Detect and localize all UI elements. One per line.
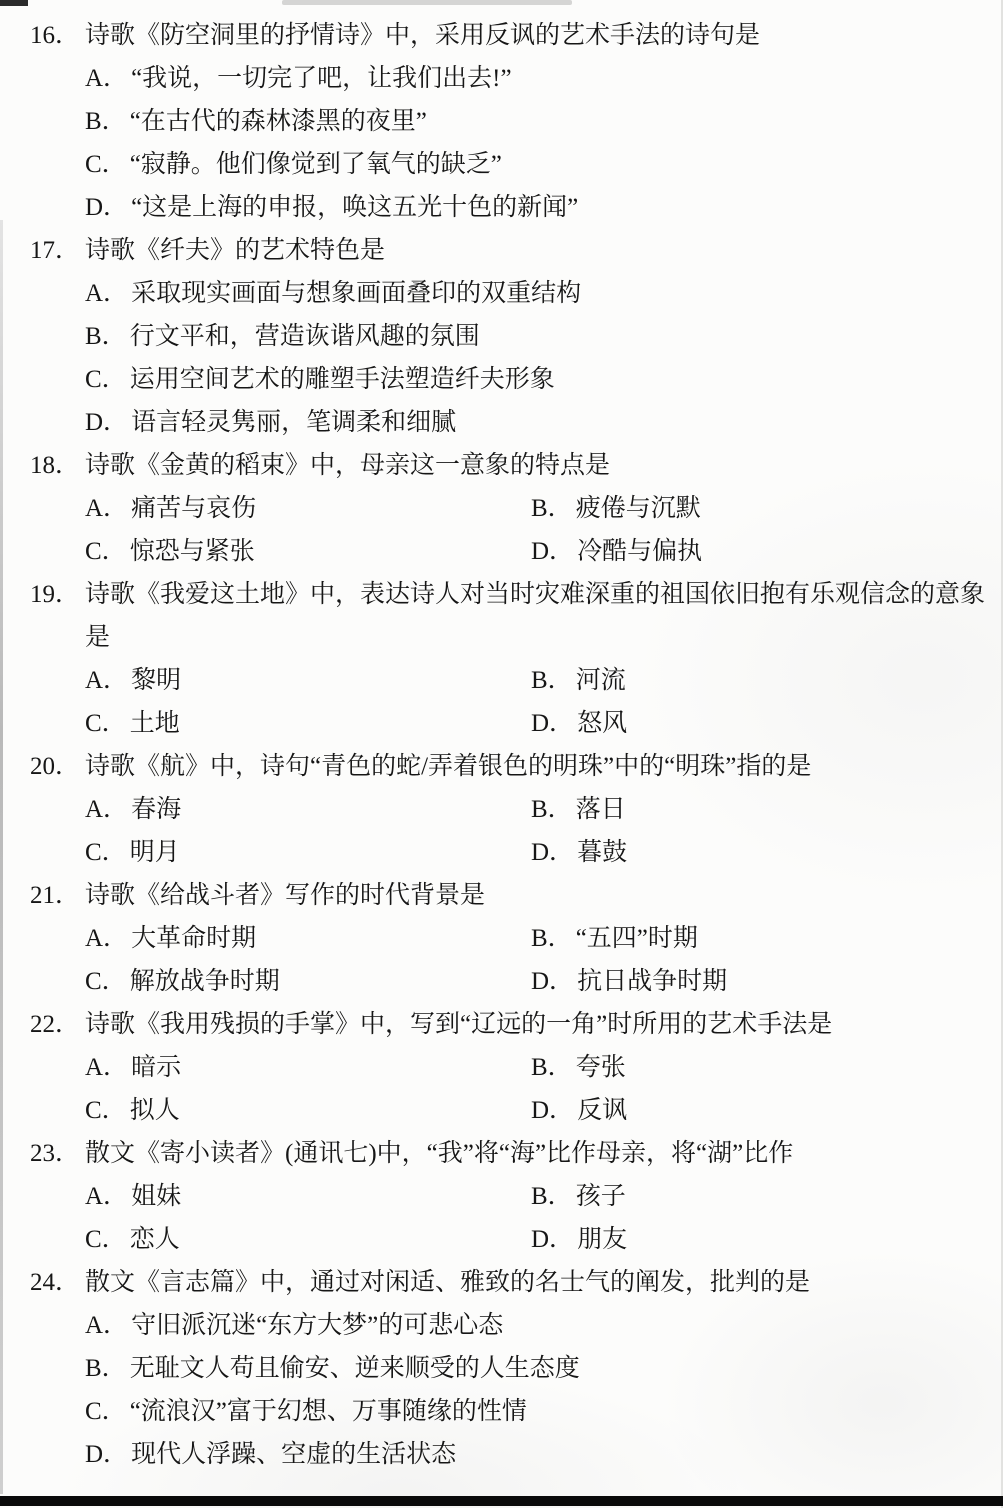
option-text: 朋友 [577,1226,627,1253]
question-23: 23． 散文《寄小读者》(通讯七)中，“我”将“海”比作母亲，将“湖”比作 A．… [30,1132,989,1261]
option-label: A． [85,925,128,952]
option-text: 运用空间艺术的雕塑手法塑造纤夫形象 [130,366,555,393]
option-label: C． [85,968,127,995]
option-d: D．冷酷与偏执 [531,530,989,573]
option-text: 疲倦与沉默 [576,495,701,522]
option-label: A． [85,796,128,823]
option-text: 反讽 [577,1097,627,1124]
option-text: 语言轻灵隽丽，笔调柔和细腻 [131,409,456,436]
options-grid: A．姐妹 B．孩子 C．恋人 D．朋友 [85,1175,989,1261]
option-label: B． [531,1183,573,1210]
question-18: 18． 诗歌《金黄的稻束》中，母亲这一意象的特点是 A．痛苦与哀伤 B．疲倦与沉… [30,444,989,573]
option-text: “五四”时期 [576,925,698,952]
option-c: C．恋人 [85,1218,531,1261]
option-d: D．现代人浮躁、空虚的生活状态 [85,1433,989,1476]
option-a: A．大革命时期 [85,917,531,960]
question-header: 18． 诗歌《金黄的稻束》中，母亲这一意象的特点是 [30,444,989,487]
option-d: D．怒风 [531,702,989,745]
option-label: C． [85,538,127,565]
option-label: B． [531,796,573,823]
option-text: “流浪汉”富于幻想、万事随缘的性情 [130,1398,527,1425]
option-text: 抗日战争时期 [577,968,727,995]
question-text: 散文《寄小读者》(通讯七)中，“我”将“海”比作母亲，将“湖”比作 [85,1132,989,1175]
option-text: 怒风 [577,710,627,737]
options-grid: A．黎明 B．河流 C．土地 D．怒风 [85,659,989,745]
option-label: D． [531,839,574,866]
question-20: 20． 诗歌《航》中，诗句“青色的蛇/弄着银色的明珠”中的“明珠”指的是 A．春… [30,745,989,874]
exam-page: 16． 诗歌《防空洞里的抒情诗》中，采用反讽的艺术手法的诗句是 A．“我说，一切… [30,14,989,1476]
option-label: A． [85,1183,128,1210]
question-19: 19． 诗歌《我爱这土地》中，表达诗人对当时灾难深重的祖国依旧抱有乐观信念的意象… [30,573,989,745]
option-text: “这是上海的申报，唤这五光十色的新闻” [131,194,578,221]
option-text: 土地 [130,710,180,737]
option-text: 大革命时期 [131,925,256,952]
option-text: 行文平和，营造诙谐风趣的氛围 [130,323,480,350]
option-b: B．“五四”时期 [531,917,989,960]
option-a: A．“我说，一切完了吧，让我们出去!” [85,57,989,100]
option-label: C． [85,1097,127,1124]
question-17: 17． 诗歌《纤夫》的艺术特色是 A．采取现实画面与想象画面叠印的双重结构 B．… [30,229,989,444]
question-number: 19． [30,573,85,659]
option-label: D． [531,710,574,737]
option-text: 暮鼓 [577,839,627,866]
option-b: B．夸张 [531,1046,989,1089]
option-a: A．春海 [85,788,531,831]
option-label: B． [531,1054,573,1081]
option-a: A．痛苦与哀伤 [85,487,531,530]
option-a: A．黎明 [85,659,531,702]
option-text: 孩子 [576,1183,626,1210]
option-c: C．解放战争时期 [85,960,531,1003]
question-header: 19． 诗歌《我爱这土地》中，表达诗人对当时灾难深重的祖国依旧抱有乐观信念的意象… [30,573,989,659]
option-label: C． [85,1226,127,1253]
option-text: “在古代的森林漆黑的夜里” [130,108,427,135]
question-24: 24． 散文《言志篇》中，通过对闲适、雅致的名士气的阐发，批判的是 A．守旧派沉… [30,1261,989,1476]
option-a: A．姐妹 [85,1175,531,1218]
option-label: D． [531,538,574,565]
option-label: A． [85,280,128,307]
option-b: B．落日 [531,788,989,831]
question-text: 诗歌《我爱这土地》中，表达诗人对当时灾难深重的祖国依旧抱有乐观信念的意象是 [85,573,989,659]
option-b: B．河流 [531,659,989,702]
question-21: 21． 诗歌《给战斗者》写作的时代背景是 A．大革命时期 B．“五四”时期 C．… [30,874,989,1003]
option-text: “我说，一切完了吧，让我们出去!” [131,65,512,92]
option-b: B．疲倦与沉默 [531,487,989,530]
question-number: 18． [30,444,85,487]
scan-top-smudge [282,0,572,5]
option-label: C． [85,151,127,178]
question-header: 21． 诗歌《给战斗者》写作的时代背景是 [30,874,989,917]
option-label: B． [85,323,127,350]
option-label: A． [85,1312,128,1339]
question-number: 21． [30,874,85,917]
question-number: 20． [30,745,85,788]
option-label: B． [85,1355,127,1382]
option-text: 明月 [130,839,180,866]
scan-corner-mark [0,0,28,6]
option-label: D． [531,968,574,995]
option-label: D． [85,194,128,221]
option-label: C． [85,710,127,737]
option-text: “寂静。他们像觉到了氧气的缺乏” [130,151,502,178]
option-c: C．土地 [85,702,531,745]
option-d: D．暮鼓 [531,831,989,874]
option-text: 黎明 [131,667,181,694]
option-label: D． [531,1226,574,1253]
option-text: 惊恐与紧张 [130,538,255,565]
options-grid: A．暗示 B．夸张 C．拟人 D．反讽 [85,1046,989,1132]
option-label: C． [85,1398,127,1425]
option-label: A． [85,495,128,522]
option-a: A．守旧派沉迷“东方大梦”的可悲心态 [85,1304,989,1347]
question-text: 散文《言志篇》中，通过对闲适、雅致的名士气的阐发，批判的是 [85,1261,989,1304]
question-text: 诗歌《给战斗者》写作的时代背景是 [85,874,989,917]
question-text: 诗歌《纤夫》的艺术特色是 [85,229,989,272]
options-grid: A．春海 B．落日 C．明月 D．暮鼓 [85,788,989,874]
question-header: 20． 诗歌《航》中，诗句“青色的蛇/弄着银色的明珠”中的“明珠”指的是 [30,745,989,788]
option-label: A． [85,1054,128,1081]
question-header: 23． 散文《寄小读者》(通讯七)中，“我”将“海”比作母亲，将“湖”比作 [30,1132,989,1175]
question-16: 16． 诗歌《防空洞里的抒情诗》中，采用反讽的艺术手法的诗句是 A．“我说，一切… [30,14,989,229]
option-text: 恋人 [130,1226,180,1253]
question-number: 16． [30,14,85,57]
option-d: D．反讽 [531,1089,989,1132]
question-text: 诗歌《防空洞里的抒情诗》中，采用反讽的艺术手法的诗句是 [85,14,989,57]
option-text: 无耻文人苟且偷安、逆来顺受的人生态度 [130,1355,580,1382]
option-d: D．语言轻灵隽丽，笔调柔和细腻 [85,401,989,444]
option-text: 暗示 [131,1054,181,1081]
option-label: B． [531,667,573,694]
option-c: C．惊恐与紧张 [85,530,531,573]
question-number: 23． [30,1132,85,1175]
option-label: D． [531,1097,574,1124]
question-number: 22． [30,1003,85,1046]
option-d: D．朋友 [531,1218,989,1261]
option-label: C． [85,839,127,866]
option-b: B．行文平和，营造诙谐风趣的氛围 [85,315,989,358]
option-label: D． [85,1441,128,1468]
question-header: 22． 诗歌《我用残损的手掌》中，写到“辽远的一角”时所用的艺术手法是 [30,1003,989,1046]
option-text: 痛苦与哀伤 [131,495,256,522]
option-b: B．“在古代的森林漆黑的夜里” [85,100,989,143]
question-text: 诗歌《金黄的稻束》中，母亲这一意象的特点是 [85,444,989,487]
options-grid: A．大革命时期 B．“五四”时期 C．解放战争时期 D．抗日战争时期 [85,917,989,1003]
options-grid: A．痛苦与哀伤 B．疲倦与沉默 C．惊恐与紧张 D．冷酷与偏执 [85,487,989,573]
option-b: B．无耻文人苟且偷安、逆来顺受的人生态度 [85,1347,989,1390]
question-text: 诗歌《我用残损的手掌》中，写到“辽远的一角”时所用的艺术手法是 [85,1003,989,1046]
option-text: 现代人浮躁、空虚的生活状态 [131,1441,456,1468]
option-text: 春海 [131,796,181,823]
option-label: B． [531,925,573,952]
option-label: D． [85,409,128,436]
option-label: C． [85,366,127,393]
option-a: A．采取现实画面与想象画面叠印的双重结构 [85,272,989,315]
scan-bottom-bar [0,1496,1003,1506]
scan-left-edge [0,220,3,1494]
option-c: C．“流浪汉”富于幻想、万事随缘的性情 [85,1390,989,1433]
option-c: C．明月 [85,831,531,874]
option-text: 拟人 [130,1097,180,1124]
option-text: 解放战争时期 [130,968,280,995]
option-label: A． [85,667,128,694]
option-text: 夸张 [576,1054,626,1081]
option-label: B． [85,108,127,135]
question-number: 17． [30,229,85,272]
option-text: 采取现实画面与想象画面叠印的双重结构 [131,280,581,307]
question-number: 24． [30,1261,85,1304]
option-b: B．孩子 [531,1175,989,1218]
option-text: 河流 [576,667,626,694]
option-c: C．拟人 [85,1089,531,1132]
question-text: 诗歌《航》中，诗句“青色的蛇/弄着银色的明珠”中的“明珠”指的是 [85,745,989,788]
option-text: 落日 [576,796,626,823]
option-c: C．“寂静。他们像觉到了氧气的缺乏” [85,143,989,186]
option-d: D．抗日战争时期 [531,960,989,1003]
option-label: B． [531,495,573,522]
option-a: A．暗示 [85,1046,531,1089]
option-c: C．运用空间艺术的雕塑手法塑造纤夫形象 [85,358,989,401]
option-text: 守旧派沉迷“东方大梦”的可悲心态 [131,1312,503,1339]
question-header: 24． 散文《言志篇》中，通过对闲适、雅致的名士气的阐发，批判的是 [30,1261,989,1304]
option-text: 冷酷与偏执 [577,538,702,565]
question-header: 16． 诗歌《防空洞里的抒情诗》中，采用反讽的艺术手法的诗句是 [30,14,989,57]
option-label: A． [85,65,128,92]
question-22: 22． 诗歌《我用残损的手掌》中，写到“辽远的一角”时所用的艺术手法是 A．暗示… [30,1003,989,1132]
option-text: 姐妹 [131,1183,181,1210]
option-d: D．“这是上海的申报，唤这五光十色的新闻” [85,186,989,229]
question-header: 17． 诗歌《纤夫》的艺术特色是 [30,229,989,272]
